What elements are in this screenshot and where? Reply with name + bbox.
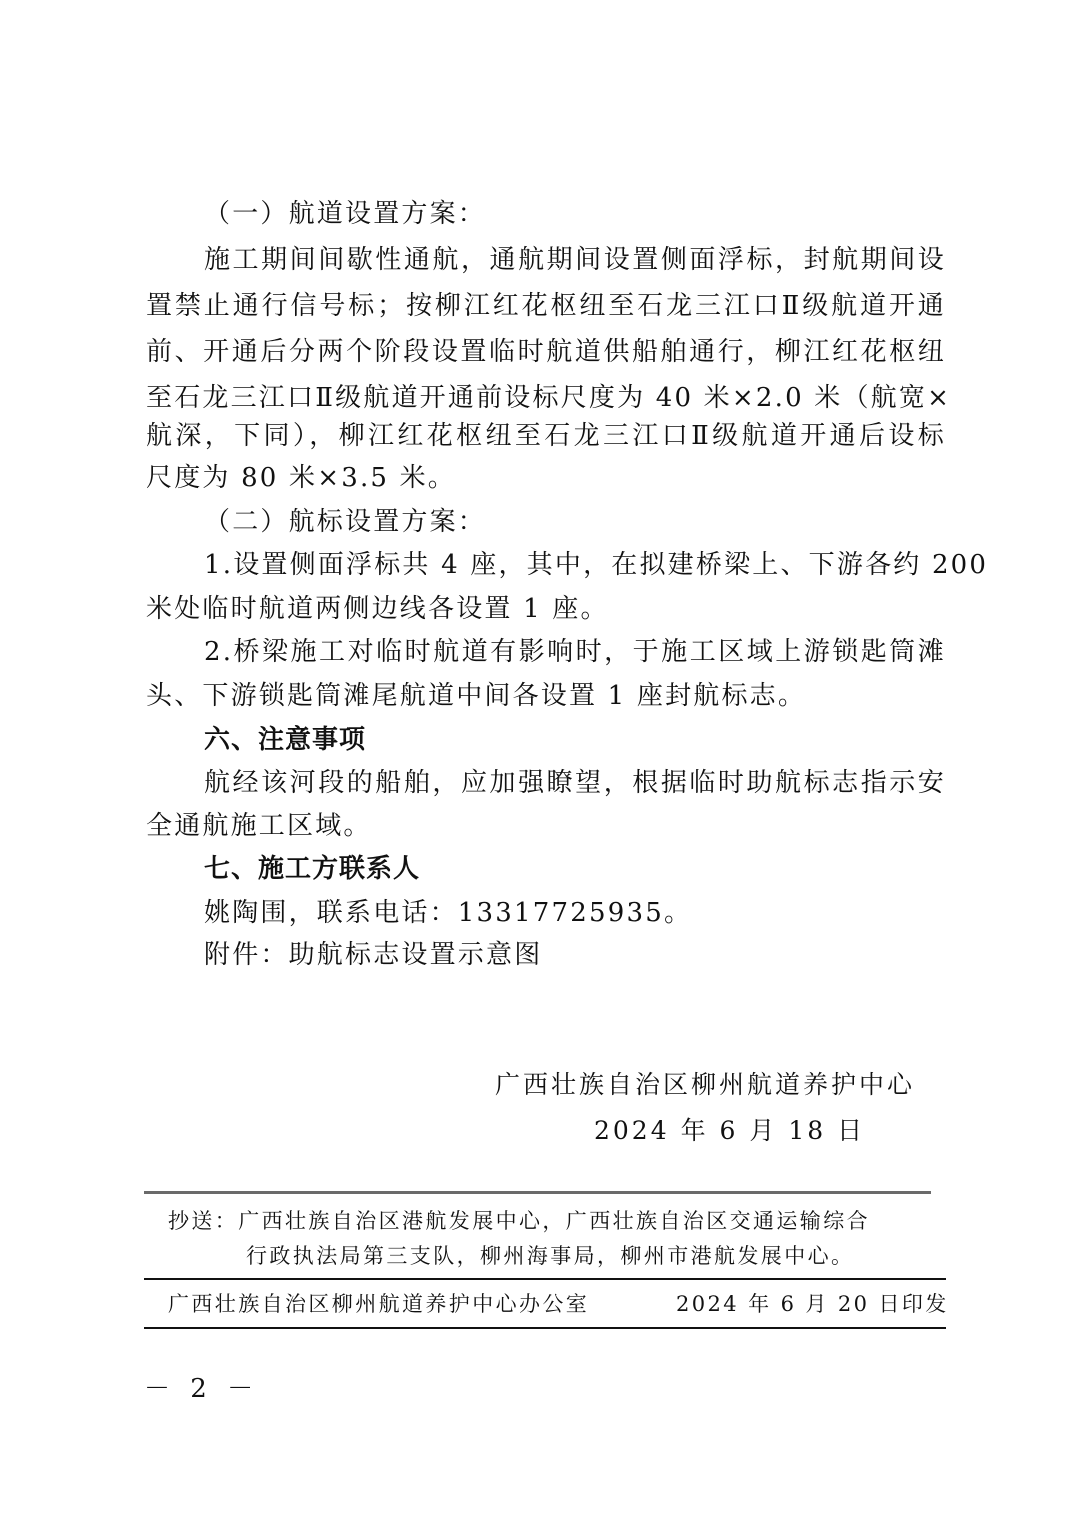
paragraph-line: 置禁止通行信号标；按柳江红花枢纽至石龙三江口Ⅱ级航道开通 xyxy=(146,289,946,323)
footer-top-rule xyxy=(144,1191,931,1194)
contact-line: 姚陶围，联系电话：13317725935。 xyxy=(204,896,946,930)
document-page: （一）航道设置方案： 施工期间间歇性通航，通航期间设置侧面浮标，封航期间设 置禁… xyxy=(0,0,1080,1527)
footer-bottom-rule xyxy=(144,1327,946,1329)
paragraph-line: 2.桥梁施工对临时航道有影响时，于施工区域上游锁匙筒滩 xyxy=(204,635,946,669)
paragraph-line: 前、开通后分两个阶段设置临时航道供船舶通行，柳江红花枢纽 xyxy=(146,335,946,369)
cc-line-1: 抄送：广西壮族自治区港航发展中心，广西壮族自治区交通运输综合 xyxy=(168,1206,870,1236)
section-2-heading: （二）航标设置方案： xyxy=(204,505,946,539)
attachment-line: 附件：助航标志设置示意图 xyxy=(204,938,946,972)
signature-organization: 广西壮族自治区柳州航道养护中心 xyxy=(495,1068,915,1102)
paragraph-line: 米处临时航道两侧边线各设置 1 座。 xyxy=(146,592,946,626)
issuer-office: 广西壮族自治区柳州航道养护中心办公室 xyxy=(168,1289,589,1319)
page-number: － 2 － xyxy=(144,1372,259,1406)
paragraph-line: 施工期间间歇性通航，通航期间设置侧面浮标，封航期间设 xyxy=(204,243,946,277)
paragraph-line: 1.设置侧面浮标共 4 座，其中，在拟建桥梁上、下游各约 200 xyxy=(204,548,946,582)
paragraph-line: 至石龙三江口Ⅱ级航道开通前设标尺度为 40 米×2.0 米（航宽× xyxy=(146,381,946,415)
section-7-heading: 七、施工方联系人 xyxy=(204,852,946,886)
footer-middle-rule xyxy=(144,1278,946,1280)
signature-date: 2024 年 6 月 18 日 xyxy=(594,1114,865,1148)
paragraph-line: 尺度为 80 米×3.5 米。 xyxy=(146,461,946,495)
paragraph-line: 航经该河段的船舶，应加强瞭望，根据临时助航标志指示安 xyxy=(204,766,946,800)
paragraph-line: 头、下游锁匙筒滩尾航道中间各设置 1 座封航标志。 xyxy=(146,679,946,713)
section-6-heading: 六、注意事项 xyxy=(204,723,946,757)
paragraph-line: 航深，下同），柳江红花枢纽至石龙三江口Ⅱ级航道开通后设标 xyxy=(146,419,946,453)
issue-date: 2024 年 6 月 20 日印发 xyxy=(676,1289,949,1319)
paragraph-line: 全通航施工区域。 xyxy=(146,809,946,843)
section-1-heading: （一）航道设置方案： xyxy=(204,197,946,231)
cc-line-2: 行政执法局第三支队，柳州海事局，柳州市港航发展中心。 xyxy=(246,1241,854,1271)
